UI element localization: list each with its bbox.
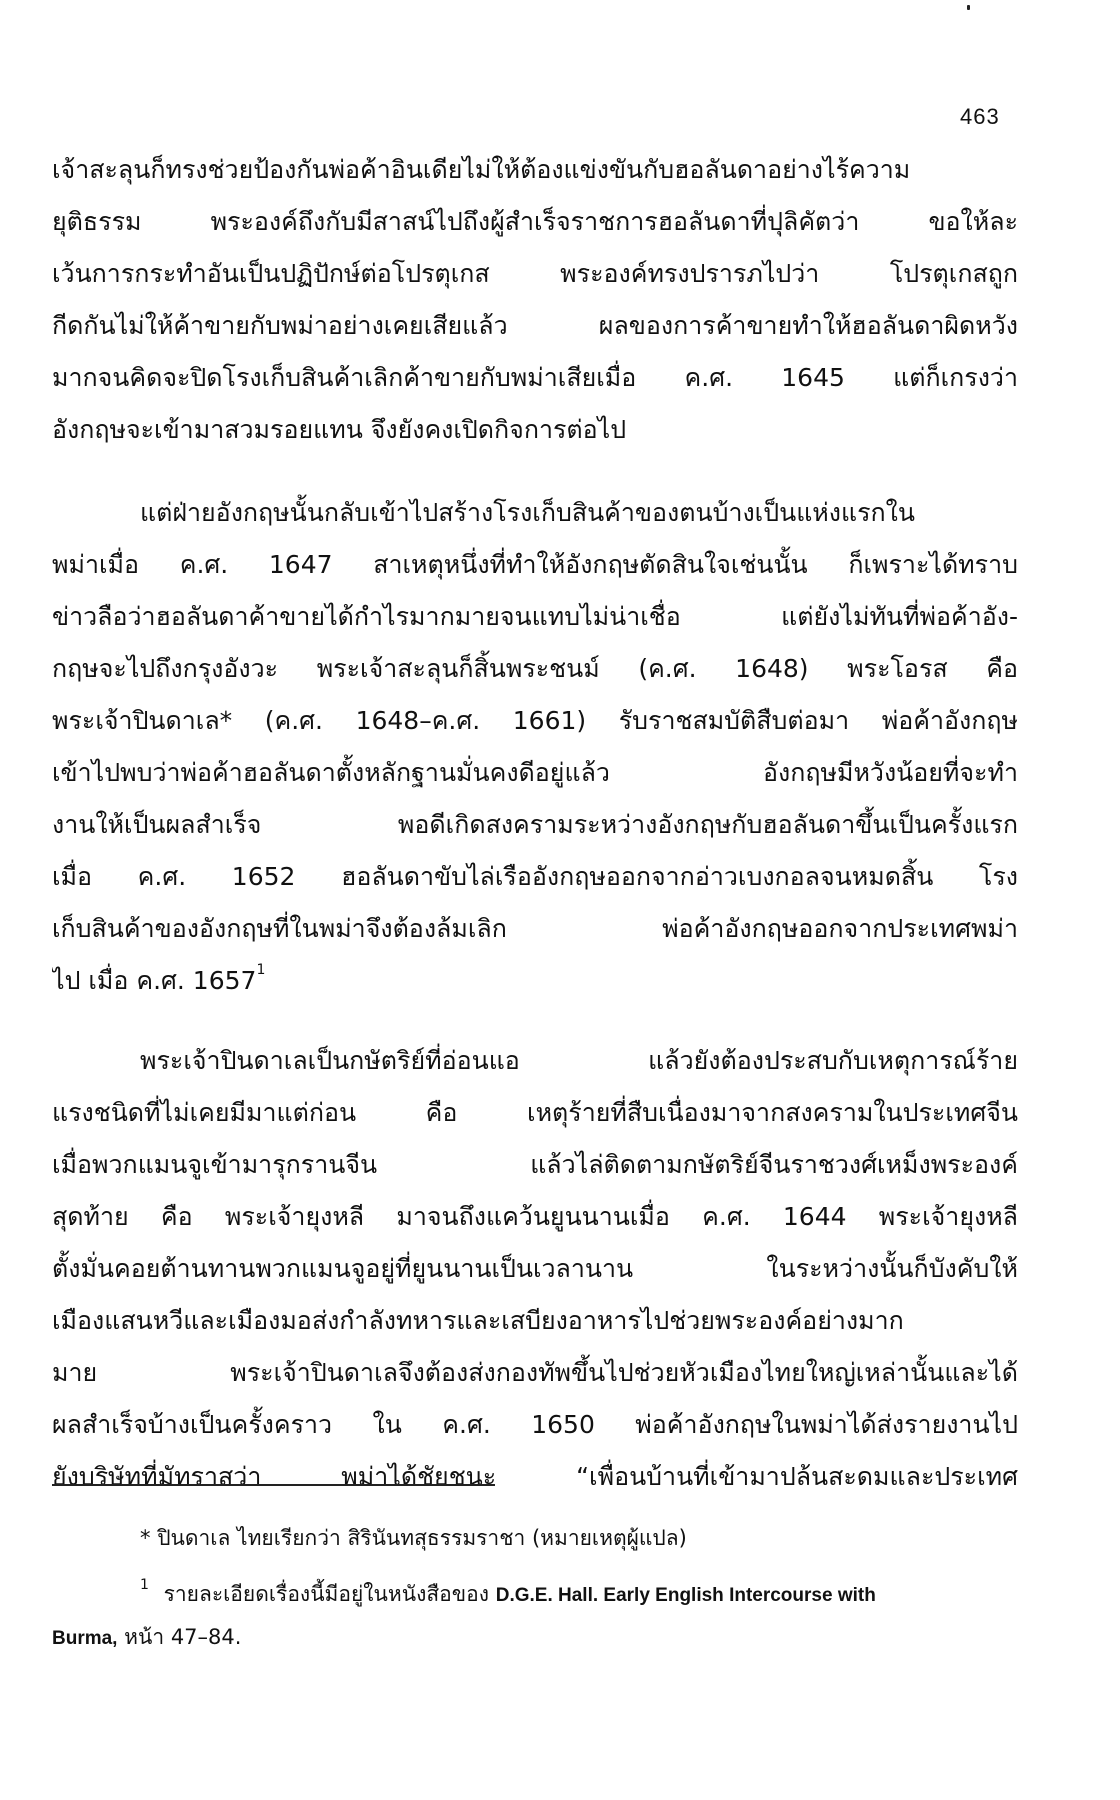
text-line: เมืองแสนหวีและเมืองมอส่งกำลังทหารและเสบี…: [52, 1295, 1018, 1347]
text-line: แต่ฝ่ายอังกฤษนั้นกลับเข้าไปสร้างโรงเก็บส…: [52, 487, 1018, 539]
footnotes: * ปินดาเล ไทยเรียกว่า สิรินันทสุธรรมราชา…: [52, 1518, 1018, 1659]
footnote-1-thai: รายละเอียดเรื่องนี้มีอยู่ในหนังสือของ: [164, 1582, 489, 1606]
text-line: ไป เมื่อ ค.ศ. 16571: [52, 955, 1018, 1007]
text-line: พระเจ้าปินดาเล* (ค.ศ. 1648–ค.ศ. 1661) รั…: [52, 695, 1018, 747]
text-line: สุดท้าย คือ พระเจ้ายุงหลี มาจนถึงแคว้นยู…: [52, 1191, 1018, 1243]
text-line: เก็บสินค้าของอังกฤษที่ในพม่าจึงต้องล้มเล…: [52, 903, 1018, 955]
text-line: เมื่อ ค.ศ. 1652 ฮอลันดาขับไล่เรืออังกฤษอ…: [52, 851, 1018, 903]
text-line-content: ไป เมื่อ ค.ศ. 1657: [52, 966, 256, 995]
body-text: เจ้าสะลุนก็ทรงช่วยป้องกันพ่อค้าอินเดียไม…: [52, 144, 1018, 1503]
paragraph-gap: [52, 1007, 1018, 1035]
text-line: เมื่อพวกแมนจูเข้ามารุกรานจีน แล้วไล่ติดต…: [52, 1139, 1018, 1191]
paragraph-gap: [52, 456, 1018, 487]
text-line: มาย พระเจ้าปินดาเลจึงต้องส่งกองทัพขึ้นไป…: [52, 1347, 1018, 1399]
footnote-1-continuation: Burma, หน้า 47–84.: [52, 1617, 1018, 1659]
text-line: งานให้เป็นผลสำเร็จ พอดีเกิดสงครามระหว่าง…: [52, 799, 1018, 851]
footnote-1-citation: D.G.E. Hall. Early English Intercourse w…: [496, 1585, 876, 1606]
footnote-star: * ปินดาเล ไทยเรียกว่า สิรินันทสุธรรมราชา…: [52, 1518, 1018, 1558]
paragraph-2: แต่ฝ่ายอังกฤษนั้นกลับเข้าไปสร้างโรงเก็บส…: [52, 487, 1018, 1007]
footnote-star-marker: *: [140, 1526, 151, 1550]
text-line: ยุติธรรม พระองค์ถึงกับมีสาสน์ไปถึงผู้สำเ…: [52, 196, 1018, 248]
text-line: ผลสำเร็จบ้างเป็นครั้งคราว ใน ค.ศ. 1650 พ…: [52, 1399, 1018, 1451]
text-line: แรงชนิดที่ไม่เคยมีมาแต่ก่อน คือ เหตุร้าย…: [52, 1087, 1018, 1139]
footnote-1-citation-cont: Burma,: [52, 1628, 117, 1649]
text-line: ข่าวลือว่าฮอลันดาค้าขายได้กำไรมากมายจนแท…: [52, 591, 1018, 643]
text-line: อังกฤษจะเข้ามาสวมรอยแทน จึงยังคงเปิดกิจก…: [52, 404, 1018, 456]
page-number: 463: [960, 104, 1000, 130]
text-line: เข้าไปพบว่าพ่อค้าฮอลันดาตั้งหลักฐานมั่นค…: [52, 747, 1018, 799]
footnote-1-pages: หน้า 47–84.: [124, 1625, 241, 1649]
footnote-ref-1[interactable]: 1: [256, 962, 265, 978]
footnote-star-text: ปินดาเล ไทยเรียกว่า สิรินันทสุธรรมราชา (…: [157, 1526, 687, 1550]
footnote-1-marker: 1: [140, 1577, 149, 1593]
paragraph-1: เจ้าสะลุนก็ทรงช่วยป้องกันพ่อค้าอินเดียไม…: [52, 144, 1018, 456]
footnote-divider: [52, 1484, 495, 1486]
text-line: มากจนคิดจะปิดโรงเก็บสินค้าเลิกค้าขายกับพ…: [52, 352, 1018, 404]
text-line: กีดกันไม่ให้ค้าขายกับพม่าอย่างเคยเสียแล้…: [52, 300, 1018, 352]
text-line: ตั้งมั่นคอยต้านทานพวกแมนจูอยู่ที่ยูนนานเ…: [52, 1243, 1018, 1295]
text-line: เจ้าสะลุนก็ทรงช่วยป้องกันพ่อค้าอินเดียไม…: [52, 144, 1018, 196]
text-line: ยังบริษัทที่มัทราสว่า พม่าได้ชัยชนะ “เพื…: [52, 1451, 1018, 1503]
text-line: พระเจ้าปินดาเลเป็นกษัตริย์ที่อ่อนแอ แล้ว…: [52, 1035, 1018, 1087]
text-line: กฤษจะไปถึงกรุงอังวะ พระเจ้าสะลุนก็สิ้นพร…: [52, 643, 1018, 695]
text-line: เว้นการกระทำอันเป็นปฏิปักษ์ต่อโปรตุเกส พ…: [52, 248, 1018, 300]
footnote-1: 1 รายละเอียดเรื่องนี้มีอยู่ในหนังสือของ …: [52, 1574, 1018, 1617]
scan-speck: [967, 5, 970, 10]
text-line: พม่าเมื่อ ค.ศ. 1647 สาเหตุหนึ่งที่ทำให้อ…: [52, 539, 1018, 591]
paragraph-3: พระเจ้าปินดาเลเป็นกษัตริย์ที่อ่อนแอ แล้ว…: [52, 1035, 1018, 1503]
